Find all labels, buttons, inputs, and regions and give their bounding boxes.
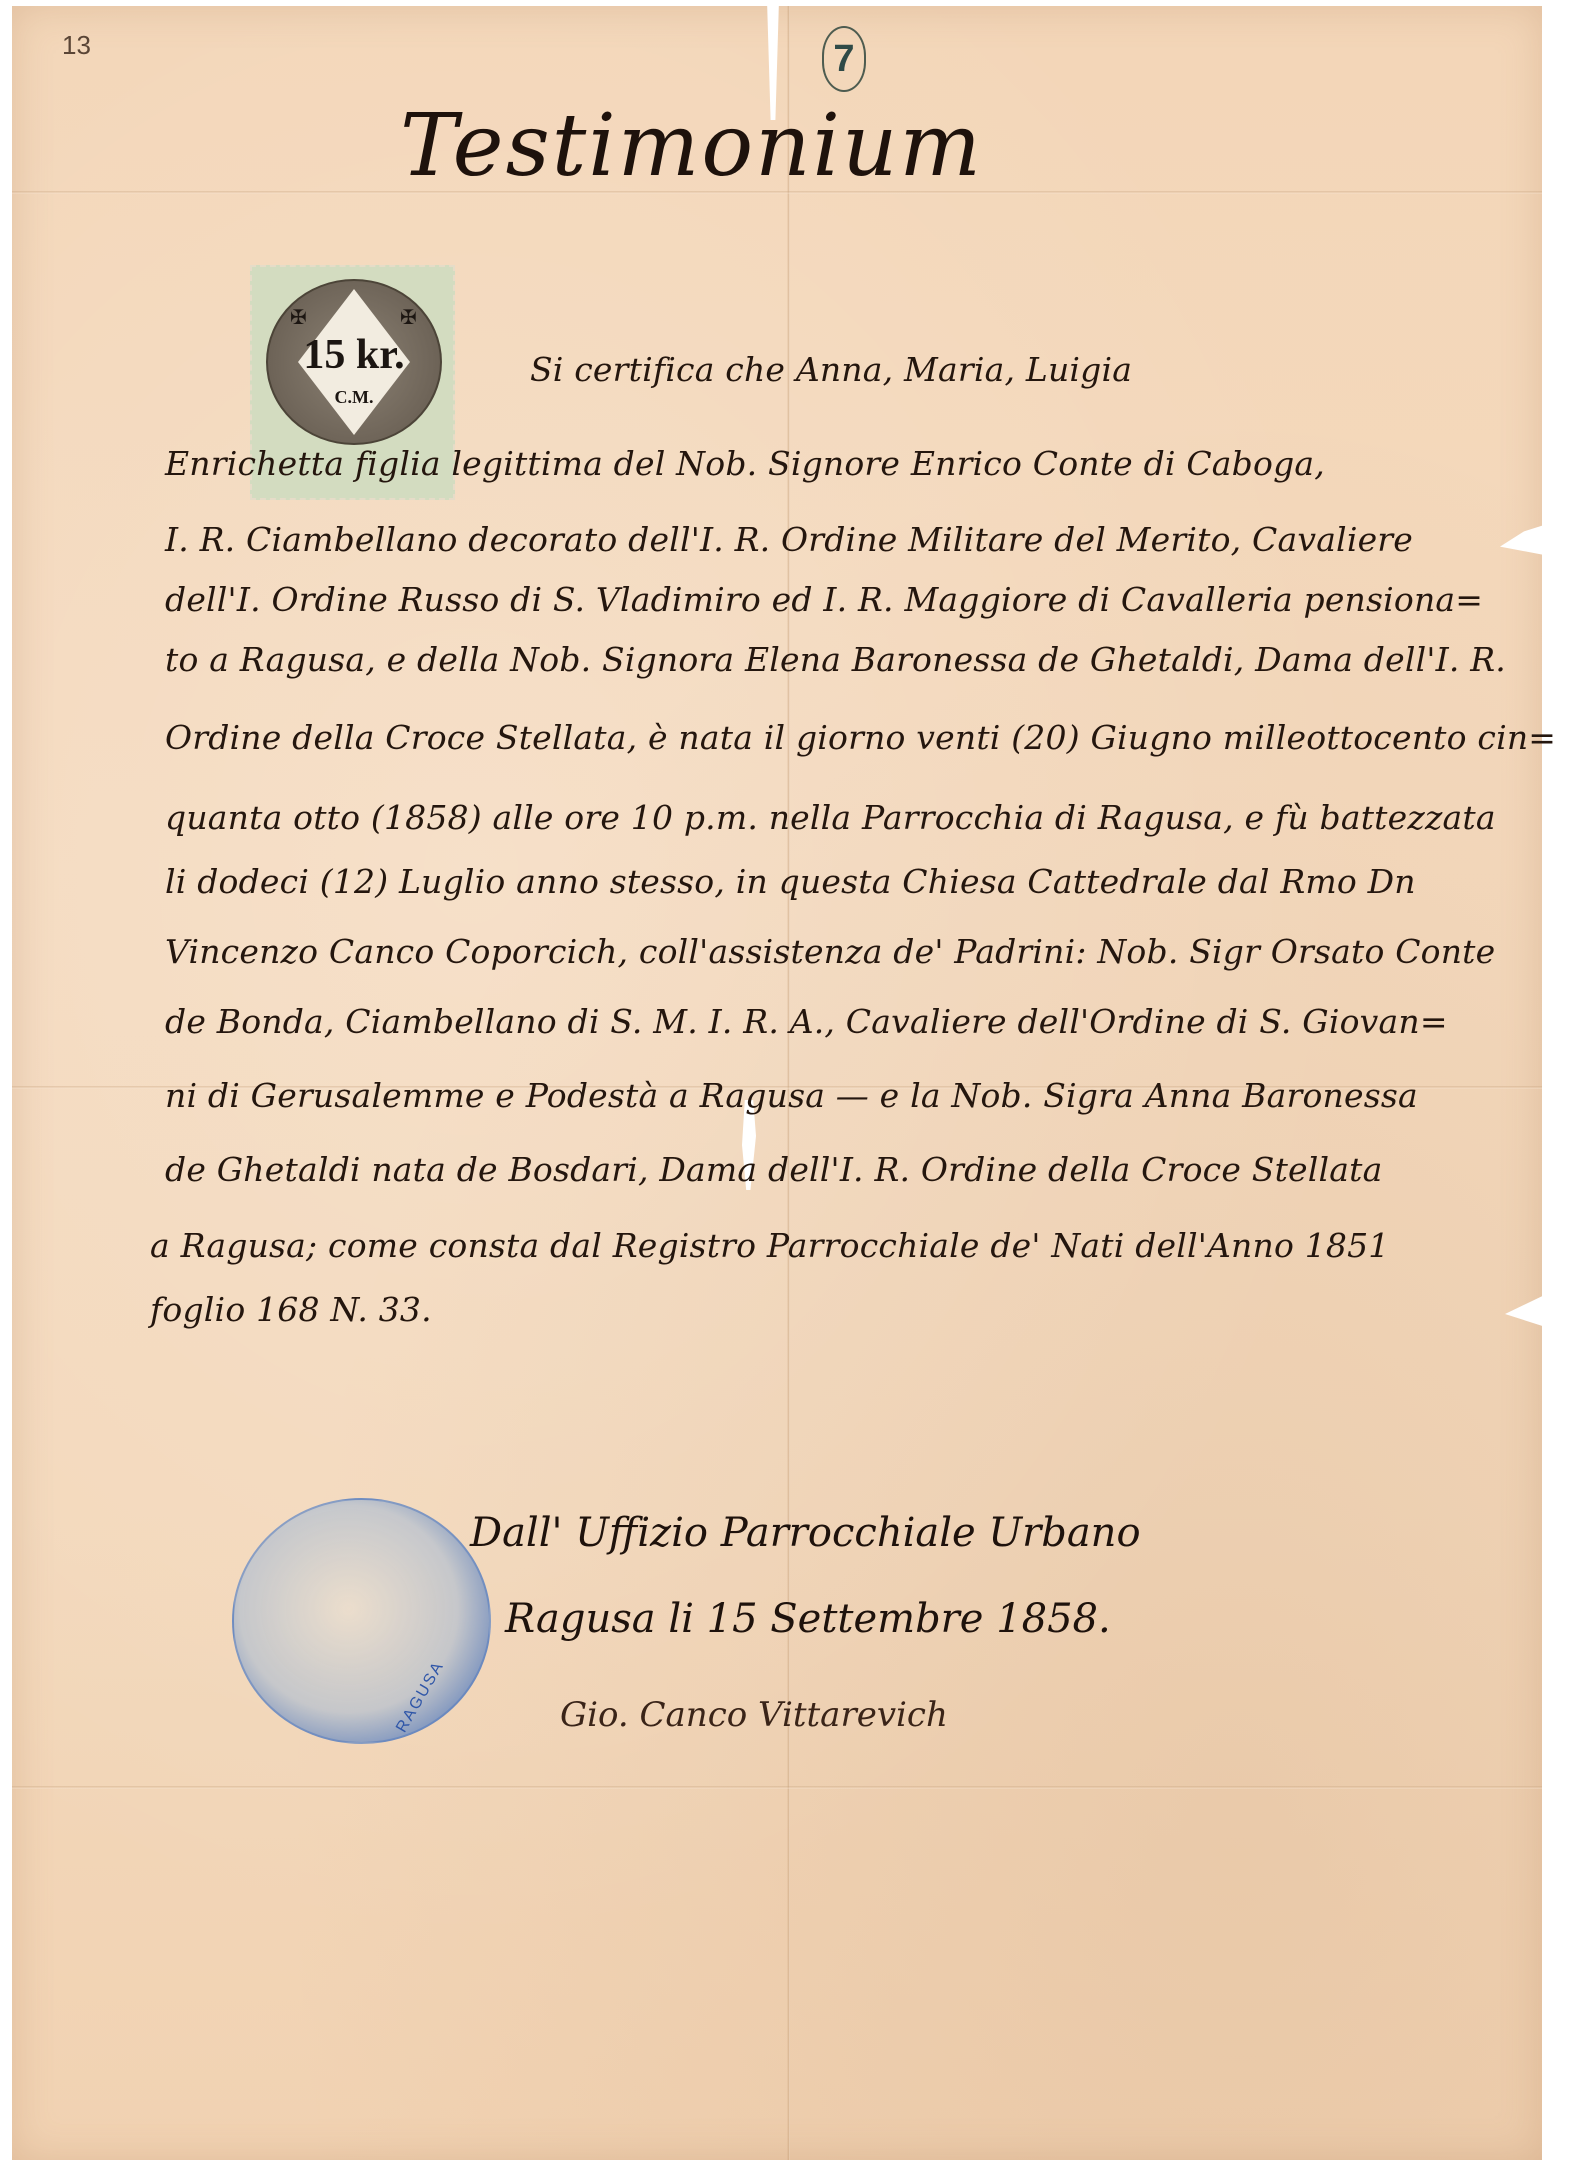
body-line-text: de Ghetaldi nata de Bosdari, Dama dell'I… xyxy=(165,1150,1382,1189)
body-line-12: de Ghetaldi nata de Bosdari, Dama dell'I… xyxy=(165,1150,1382,1189)
stamp-value: 15 kr. xyxy=(268,331,440,379)
body-line-3: I. R. Ciambellano decorato dell'I. R. Or… xyxy=(165,520,1413,559)
body-line-text: quanta otto (1858) alle ore 10 p.m. nell… xyxy=(165,798,1496,837)
body-line-text: Vincenzo Canco Coporcich, coll'assistenz… xyxy=(165,932,1495,971)
body-line-text: I. R. Ciambellano decorato dell'I. R. Or… xyxy=(165,520,1413,559)
place-and-date: Ragusa li 15 Settembre 1858. xyxy=(505,1596,1111,1642)
circled-number-text: 7 xyxy=(833,38,854,81)
archive-circled-number: 7 xyxy=(822,26,866,92)
body-line-text: Ordine della Croce Stellata, è nata il g… xyxy=(165,718,1556,757)
body-line-text: Si certifica che Anna, Maria, Luigia xyxy=(530,350,1132,389)
horizontal-fold-crease xyxy=(12,1786,1542,1789)
body-line-text: a Ragusa; come consta dal Registro Parro… xyxy=(150,1226,1390,1265)
body-line-13: a Ragusa; come consta dal Registro Parro… xyxy=(150,1226,1390,1265)
body-line-5: to a Ragusa, e della Nob. Signora Elena … xyxy=(165,640,1506,679)
archive-corner-number: 13 xyxy=(62,30,91,61)
body-line-4: dell'I. Ordine Russo di S. Vladimiro ed … xyxy=(165,580,1483,619)
document-title: Testimonium xyxy=(400,96,983,196)
double-headed-eagle-icon: ✠ xyxy=(400,305,417,329)
body-line-10: de Bonda, Ciambellano di S. M. I. R. A.,… xyxy=(165,1002,1448,1041)
body-line-11: ni di Gerusalemme e Podestà a Ragusa — e… xyxy=(165,1076,1418,1115)
body-line-text: foglio 168 N. 33. xyxy=(150,1290,432,1329)
parish-ink-seal: RAGUSA xyxy=(232,1498,491,1744)
body-line-text: li dodeci (12) Luglio anno stesso, in qu… xyxy=(165,862,1416,901)
body-line-8: li dodeci (12) Luglio anno stesso, in qu… xyxy=(165,862,1416,901)
body-line-1: Si certifica che Anna, Maria, Luigia xyxy=(530,350,1132,389)
body-line-text: to a Ragusa, e della Nob. Signora Elena … xyxy=(165,640,1506,679)
priest-signature: Gio. Canco Vittarevich xyxy=(560,1695,948,1735)
body-line-9: Vincenzo Canco Coporcich, coll'assistenz… xyxy=(165,932,1495,971)
body-line-14: foglio 168 N. 33. xyxy=(150,1290,432,1329)
stamp-oval-frame: ✠ ✠ 15 kr. C.M. xyxy=(266,279,442,445)
body-line-7: quanta otto (1858) alle ore 10 p.m. nell… xyxy=(165,798,1496,837)
body-line-text: de Bonda, Ciambellano di S. M. I. R. A.,… xyxy=(165,1002,1448,1041)
body-line-text: ni di Gerusalemme e Podestà a Ragusa — e… xyxy=(165,1076,1418,1115)
stamp-currency: C.M. xyxy=(268,387,440,408)
body-line-2: Enrichetta figlia legittima del Nob. Sig… xyxy=(165,444,1325,483)
issuing-office: Dall' Uffizio Parrocchiale Urbano xyxy=(470,1510,1141,1556)
body-line-text: Enrichetta figlia legittima del Nob. Sig… xyxy=(165,444,1325,483)
double-headed-eagle-icon: ✠ xyxy=(290,305,307,329)
body-line-text: dell'I. Ordine Russo di S. Vladimiro ed … xyxy=(165,580,1483,619)
body-line-6: Ordine della Croce Stellata, è nata il g… xyxy=(165,718,1556,757)
